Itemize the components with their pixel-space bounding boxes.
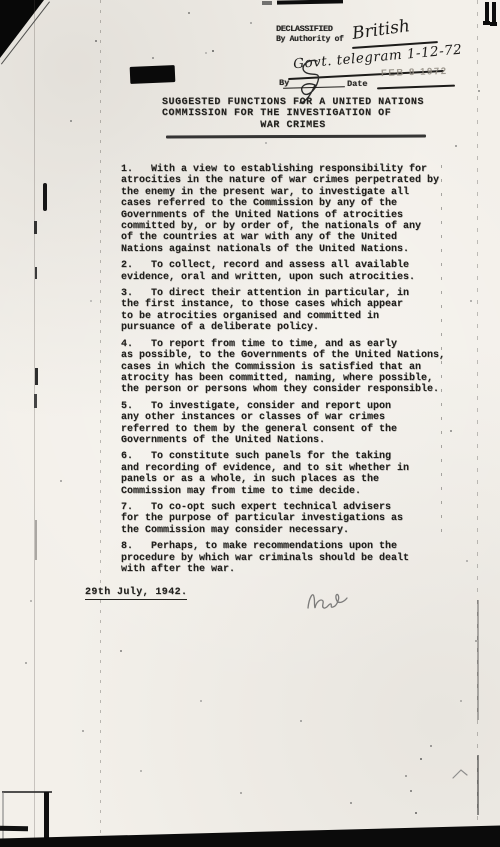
document-date: 29th July, 1942. bbox=[85, 587, 187, 600]
crease-dark-segment bbox=[35, 520, 37, 560]
paragraph-5: 5. To investigate, consider and report u… bbox=[121, 401, 453, 447]
paragraph-4: 4. To report from time to time, and as e… bbox=[121, 339, 453, 396]
document-page: DECLASSIFIED By Authority of British Gov… bbox=[0, 0, 500, 847]
paragraph-6: 6. To constitute such panels for the tak… bbox=[121, 451, 453, 497]
declassified-label: DECLASSIFIED bbox=[276, 24, 332, 34]
paragraph-8: 8. Perhaps, to make recommendations upon… bbox=[121, 541, 453, 575]
handwritten-authority: British bbox=[351, 16, 411, 44]
scan-bottom-edge bbox=[0, 822, 500, 847]
crease-dark-segment bbox=[477, 755, 479, 815]
crease-dark-segment bbox=[477, 600, 479, 720]
paragraph-3: 3. To direct their attention in particul… bbox=[121, 288, 453, 334]
bottom-box-line bbox=[44, 792, 49, 845]
by-authority-label: By Authority of bbox=[276, 35, 344, 44]
date-label: Date bbox=[347, 79, 367, 89]
cut-off-stamp-remnant bbox=[277, 0, 343, 4]
declassification-stamp: DECLASSIFIED By Authority of British Gov… bbox=[0, 0, 500, 110]
vertical-crease-dotted bbox=[100, 0, 101, 847]
paragraph-7: 7. To co-opt such expert technical advis… bbox=[121, 502, 453, 536]
pencil-caret-mark bbox=[452, 768, 470, 780]
document-title: SUGGESTED FUNCTIONS FOR A UNITED NATIONS… bbox=[162, 97, 462, 131]
date-received-stamp: FEB 8 1972 bbox=[381, 66, 448, 79]
crease-dark-segment bbox=[34, 221, 37, 234]
by-label: By bbox=[279, 78, 289, 88]
stamp-underline bbox=[377, 85, 455, 90]
paragraph-1: 1. With a view to establishing responsib… bbox=[121, 164, 453, 255]
bottom-box-line bbox=[2, 792, 4, 842]
crease-dark-segment bbox=[34, 394, 37, 408]
paragraph-2: 2. To collect, record and assess all ava… bbox=[121, 260, 453, 283]
scan-edge-mark bbox=[0, 826, 28, 831]
crease-dark-segment bbox=[35, 267, 37, 279]
vertical-crease bbox=[34, 0, 35, 847]
title-underline bbox=[166, 135, 426, 139]
cut-off-stamp-remnant bbox=[262, 1, 272, 5]
document-body: 1. With a view to establishing responsib… bbox=[121, 164, 453, 580]
crease-dark-segment bbox=[43, 183, 47, 211]
redaction-block bbox=[130, 65, 176, 84]
pencil-scribble bbox=[306, 588, 354, 616]
crease-dark-segment bbox=[35, 368, 38, 385]
